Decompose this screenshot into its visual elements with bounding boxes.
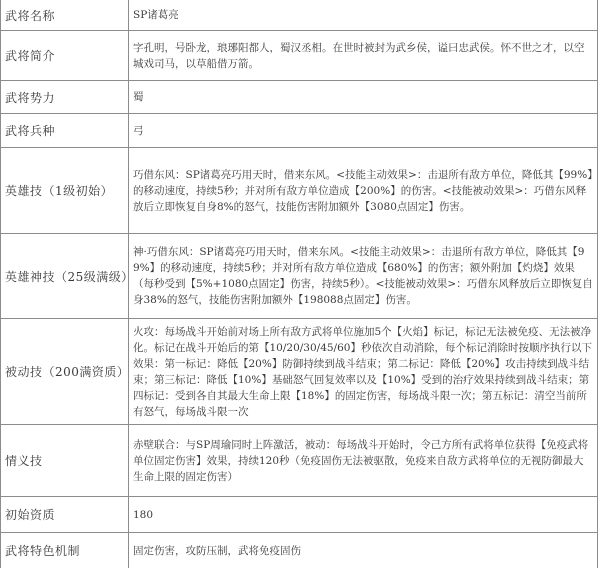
value-hero-name: SP诸葛亮 <box>129 0 598 31</box>
value-hero-troop-type: 弓 <box>129 114 598 148</box>
value-passive-skill: 火攻：每场战斗开始前对场上所有敌方武将单位施加5个【火焰】标记，标记无法被免疫、… <box>129 319 598 425</box>
hero-info-table: 武将名称 SP诸葛亮 武将简介 字孔明，号卧龙，琅琊阳都人，蜀汉丞相。在世时被封… <box>0 0 598 568</box>
label-hero-intro: 武将简介 <box>1 31 129 81</box>
label-hero-mechanics: 武将特色机制 <box>1 533 129 568</box>
row-passive-skill: 被动技（200满资质） 火攻：每场战斗开始前对场上所有敌方武将单位施加5个【火焰… <box>1 319 598 425</box>
label-passive-skill: 被动技（200满资质） <box>1 319 129 425</box>
label-hero-faction: 武将势力 <box>1 81 129 114</box>
label-hero-divine-skill: 英雄神技（25级满级） <box>1 234 129 319</box>
row-initial-aptitude: 初始资质 180 <box>1 497 598 533</box>
label-hero-skill: 英雄技（1级初始） <box>1 148 129 234</box>
label-initial-aptitude: 初始资质 <box>1 497 129 533</box>
label-bond-skill: 情义技 <box>1 425 129 497</box>
row-hero-skill: 英雄技（1级初始） 巧借东风：SP诸葛亮巧用天时，借来东风。<技能主动效果>：击… <box>1 148 598 234</box>
row-hero-name: 武将名称 SP诸葛亮 <box>1 0 598 31</box>
value-initial-aptitude: 180 <box>129 497 598 533</box>
label-hero-troop-type: 武将兵种 <box>1 114 129 148</box>
value-hero-skill: 巧借东风：SP诸葛亮巧用天时，借来东风。<技能主动效果>：击退所有敌方单位，降低… <box>129 148 598 234</box>
value-hero-mechanics: 固定伤害，攻防压制，武将免疫固伤 <box>129 533 598 568</box>
value-hero-divine-skill: 神·巧借东风：SP诸葛亮巧用天时，借来东风。<技能主动效果>：击退所有敌方单位，… <box>129 234 598 319</box>
row-hero-mechanics: 武将特色机制 固定伤害，攻防压制，武将免疫固伤 <box>1 533 598 568</box>
row-hero-faction: 武将势力 蜀 <box>1 81 598 114</box>
value-hero-intro: 字孔明，号卧龙，琅琊阳都人，蜀汉丞相。在世时被封为武乡侯，谥曰忠武侯。怀不世之才… <box>129 31 598 81</box>
value-bond-skill: 赤壁联合：与SP周瑜同时上阵激活，被动：每场战斗开始时，令己方所有武将单位获得【… <box>129 425 598 497</box>
label-hero-name: 武将名称 <box>1 0 129 31</box>
row-bond-skill: 情义技 赤壁联合：与SP周瑜同时上阵激活，被动：每场战斗开始时，令己方所有武将单… <box>1 425 598 497</box>
row-hero-divine-skill: 英雄神技（25级满级） 神·巧借东风：SP诸葛亮巧用天时，借来东风。<技能主动效… <box>1 234 598 319</box>
value-hero-faction: 蜀 <box>129 81 598 114</box>
row-hero-troop-type: 武将兵种 弓 <box>1 114 598 148</box>
row-hero-intro: 武将简介 字孔明，号卧龙，琅琊阳都人，蜀汉丞相。在世时被封为武乡侯，谥曰忠武侯。… <box>1 31 598 81</box>
